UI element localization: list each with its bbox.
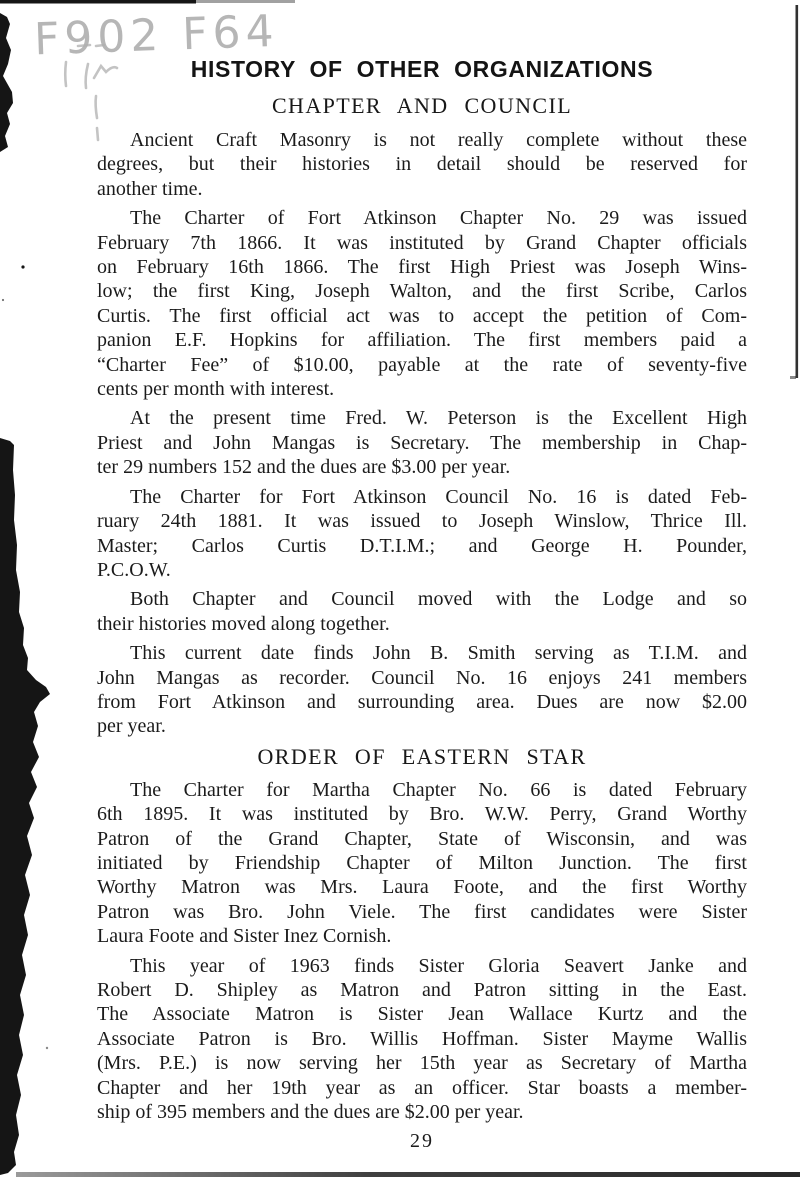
right-edge-tick <box>790 376 796 379</box>
ink-speck <box>21 265 24 268</box>
paragraph-council-present: This current date finds John B. Smith se… <box>97 641 747 739</box>
page-number: 29 <box>97 1130 747 1153</box>
paragraph-moved-with-lodge: Both Chapter and Council moved with the … <box>97 587 747 636</box>
paragraph-martha-charter: The Charter for Martha Chapter No. 66 is… <box>97 778 747 949</box>
right-edge-line <box>796 5 799 378</box>
paragraph-intro: Ancient Craft Masonry is not really comp… <box>97 128 747 201</box>
section-heading-chapter-and-council: CHAPTER AND COUNCIL <box>97 93 747 119</box>
left-edge-blob-top <box>0 13 13 152</box>
bottom-edge-artifact <box>16 1172 800 1177</box>
paragraph-council-charter: The Charter for Fort Atkinson Council No… <box>97 485 747 583</box>
top-edge-artifact <box>0 0 196 4</box>
paragraph-chapter-charter: The Charter of Fort Atkinson Chapter No.… <box>97 206 747 401</box>
page-title: HISTORY OF OTHER ORGANIZATIONS <box>97 56 747 82</box>
top-edge-artifact-faded <box>192 0 295 3</box>
paragraph-chapter-present: At the present time Fred. W. Peterson is… <box>97 406 747 479</box>
section-heading-order-of-eastern-star: ORDER OF EASTERN STAR <box>97 744 747 770</box>
scanned-book-page: F902 F64 HISTORY OF OTHER ORGANIZATIONS … <box>0 0 800 1177</box>
page-content: HISTORY OF OTHER ORGANIZATIONS CHAPTER A… <box>97 56 747 1153</box>
ink-speck <box>2 299 4 301</box>
left-edge-tear-artifact <box>0 438 50 1175</box>
ink-speck <box>46 1047 48 1049</box>
paragraph-star-present: This year of 1963 finds Sister Gloria Se… <box>97 954 747 1125</box>
